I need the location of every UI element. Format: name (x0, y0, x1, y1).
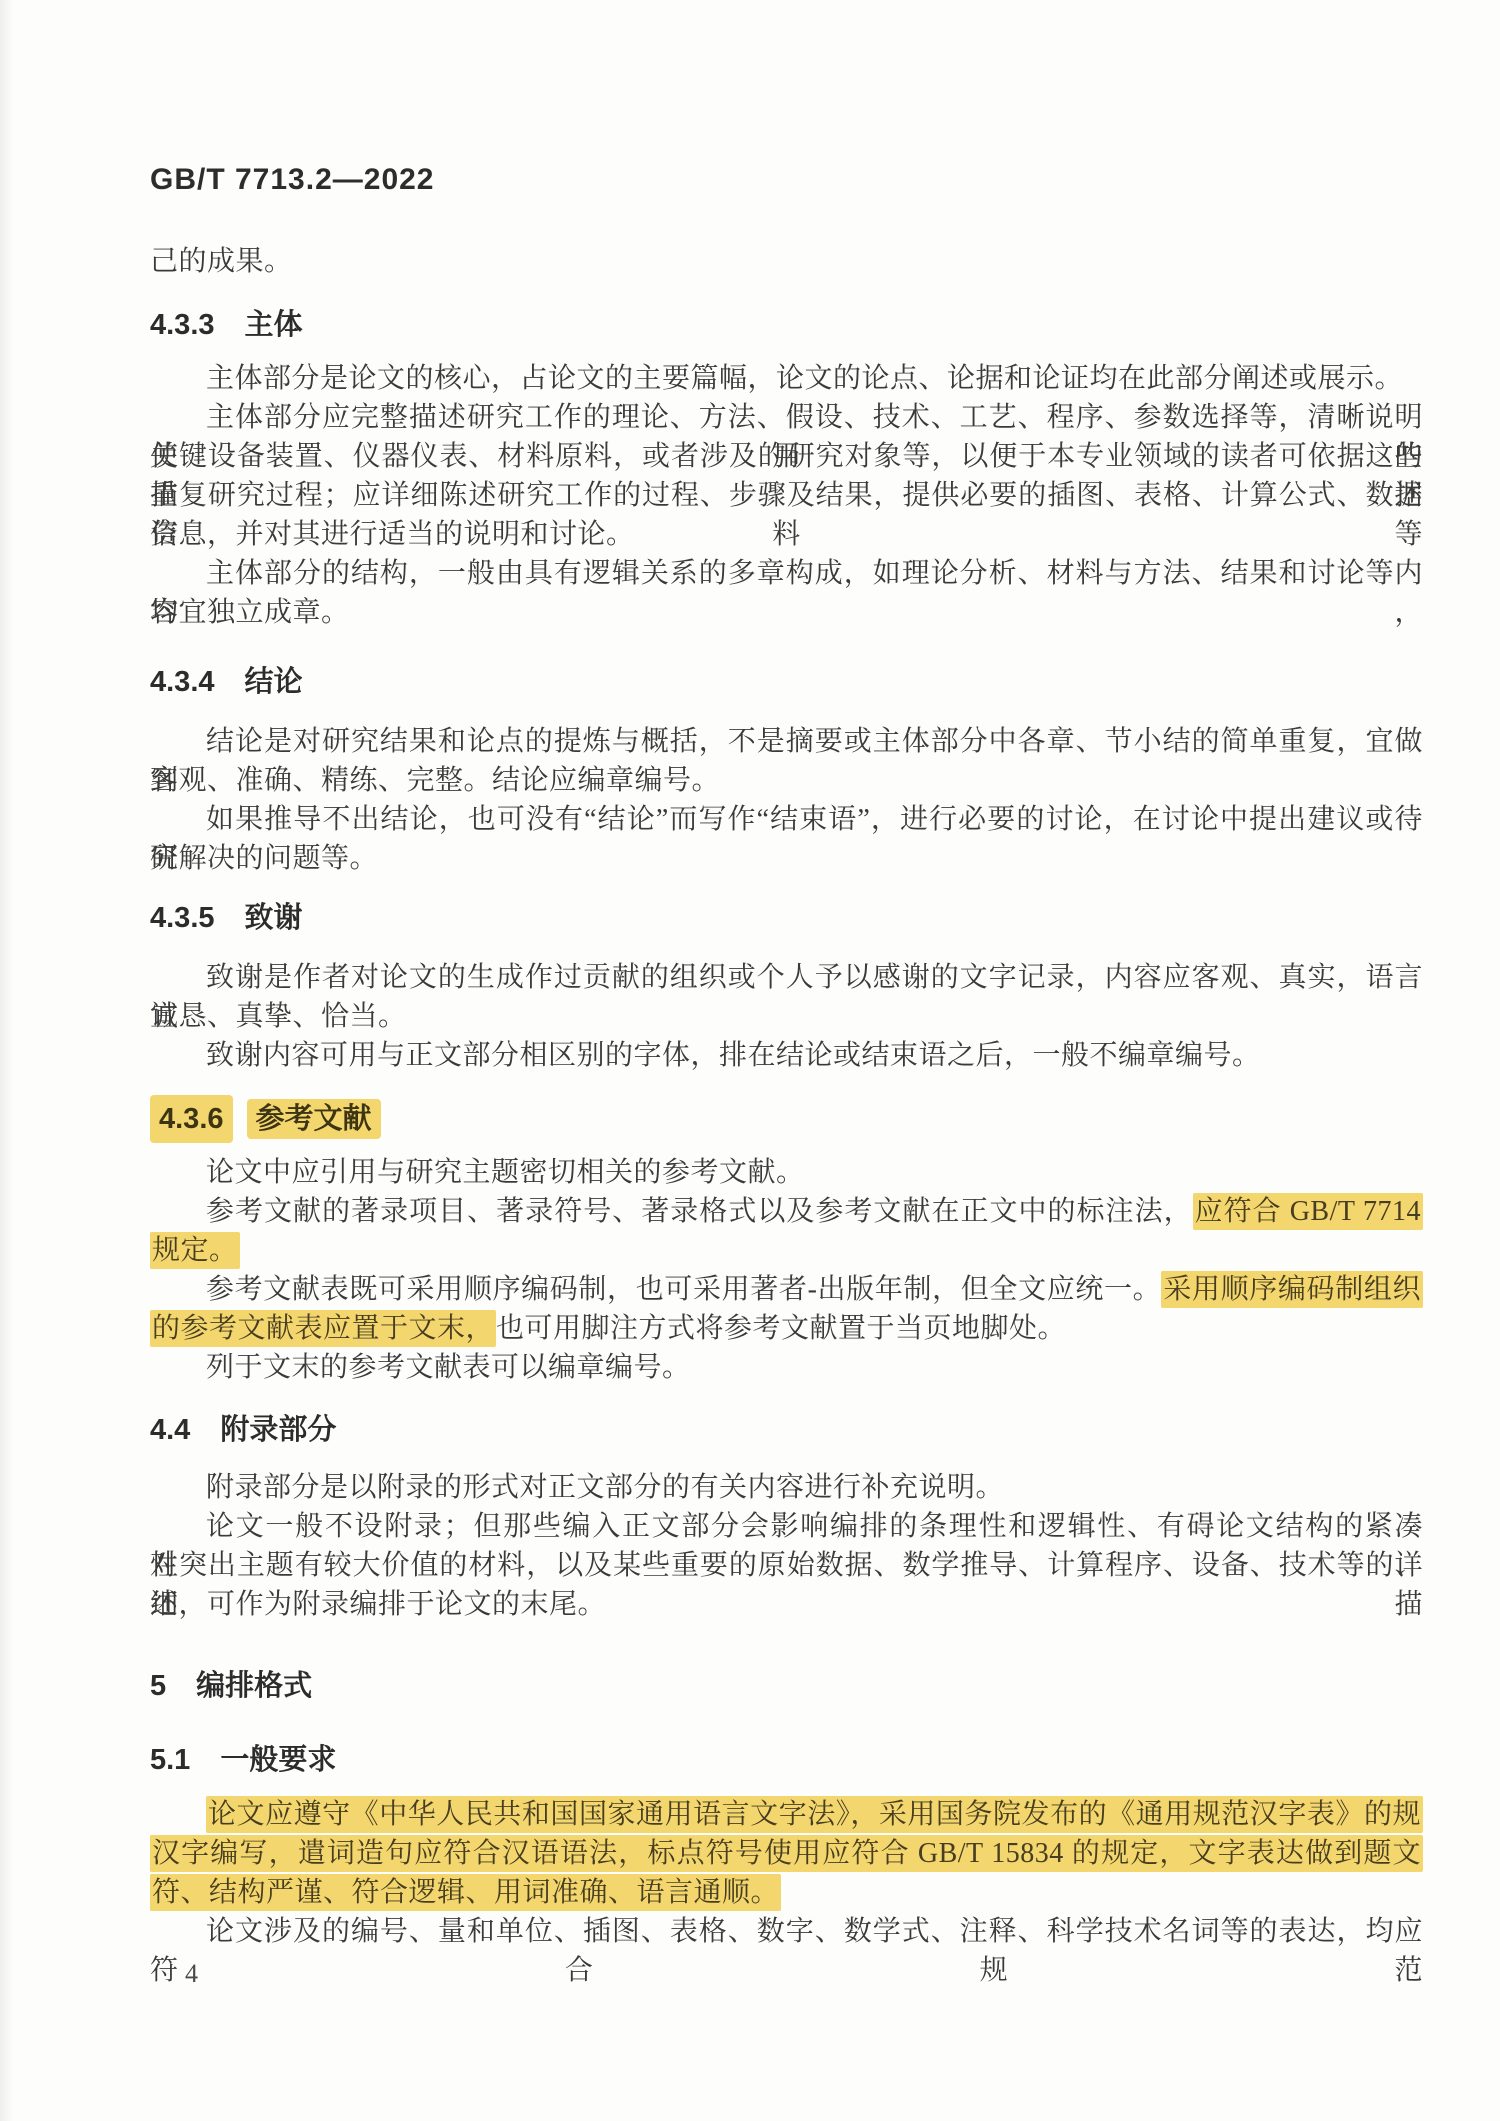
section-heading-4-3-3: 4.3.3主体 (150, 305, 1423, 345)
text-line: 客观、准确、精练、完整。结论应编章编号。 (150, 761, 1423, 800)
section-title-highlighted: 参考文献 (247, 1099, 381, 1139)
paragraph: 附录部分是以附录的形式对正文部分的有关内容进行补充说明。 (150, 1468, 1423, 1507)
section-number: 4.3.3 (150, 305, 215, 345)
section-title: 编排格式 (196, 1670, 312, 1702)
text-line: 符、结构严谨、符合逻辑、用词准确、语言通顺。 (150, 1873, 1423, 1912)
text-line: 论文应遵守《中华人民共和国国家通用语言文字法》，采用国务院发布的《通用规范汉字表… (150, 1795, 1423, 1834)
text-line: 如果推导不出结论，也可没有“结论”而写作“结束语”，进行必要的讨论，在讨论中提出… (150, 800, 1423, 839)
text-line: 主体部分是论文的核心，占论文的主要篇幅，论文的论点、论据和论证均在此部分阐述或展… (150, 359, 1423, 398)
text-line: 规定。 (150, 1231, 1423, 1270)
text-line: 论文一般不设附录；但那些编入正文部分会影响编排的条理性和逻辑性、有碍论文结构的紧… (150, 1507, 1423, 1546)
section-heading-4-3-4: 4.3.4结论 (150, 662, 1423, 702)
text-line: 究解决的问题等。 (150, 839, 1423, 878)
text-line: 论文涉及的编号、量和单位、插图、表格、数字、数学式、注释、科学技术名词等的表达，… (150, 1912, 1423, 1951)
section-title: 结论 (245, 666, 303, 698)
text-line: 对突出主题有较大价值的材料，以及某些重要的原始数据、数学推导、计算程序、设备、技… (150, 1546, 1423, 1585)
text-line: 汉字编写，遣词造句应符合汉语语法，标点符号使用应符合 GB/T 15834 的规… (150, 1834, 1423, 1873)
highlight: 规定。 (150, 1232, 240, 1269)
text-segment: 参考文献的著录项目、著录符号、著录格式以及参考文献在正文中的标注法， (206, 1196, 1193, 1227)
section-number: 4.4 (150, 1410, 190, 1450)
highlight: 采用顺序编码制组织 (1161, 1271, 1423, 1308)
paragraph: 致谢内容可用与正文部分相区别的字体，排在结论或结束语之后，一般不编章编号。 (150, 1036, 1423, 1075)
paragraph: 主体部分的结构，一般由具有逻辑关系的多章构成，如理论分析、材料与方法、结果和讨论… (150, 554, 1423, 632)
paragraph: 如果推导不出结论，也可没有“结论”而写作“结束语”，进行必要的讨论，在讨论中提出… (150, 800, 1423, 878)
section-title: 一般要求 (220, 1744, 336, 1776)
section-heading-4-3-5: 4.3.5致谢 (150, 898, 1423, 938)
paragraph: 论文中应引用与研究主题密切相关的参考文献。 (150, 1153, 1423, 1192)
text-line: 关键设备装置、仪器仪表、材料原料，或者涉及的研究对象等，以便于本专业领域的读者可… (150, 437, 1423, 476)
text-segment: 也可用脚注方式将参考文献置于当页地脚处。 (496, 1313, 1066, 1344)
paragraph: 论文一般不设附录；但那些编入正文部分会影响编排的条理性和逻辑性、有碍论文结构的紧… (150, 1507, 1423, 1624)
highlight: 的参考文献表应置于文末， (150, 1310, 496, 1347)
text-line: 结论是对研究结果和论点的提炼与概括，不是摘要或主体部分中各章、节小结的简单重复，… (150, 722, 1423, 761)
section-number: 5.1 (150, 1740, 190, 1780)
paragraph: 致谢是作者对论文的生成作过贡献的组织或个人予以感谢的文字记录，内容应客观、真实，… (150, 958, 1423, 1036)
text-line: 主体部分的结构，一般由具有逻辑关系的多章构成，如理论分析、材料与方法、结果和讨论… (150, 554, 1423, 593)
section-title: 附录部分 (220, 1414, 336, 1446)
paragraph-continuation: 己的成果。 (150, 242, 1423, 281)
section-number: 4.3.4 (150, 662, 215, 702)
section-heading-5: 5编排格式 (150, 1666, 1423, 1706)
text-line: 致谢是作者对论文的生成作过贡献的组织或个人予以感谢的文字记录，内容应客观、真实，… (150, 958, 1423, 997)
section-title: 主体 (245, 309, 303, 341)
text-line: 论文中应引用与研究主题密切相关的参考文献。 (150, 1153, 1423, 1192)
text-segment: 参考文献表既可采用顺序编码制，也可采用著者-出版年制，但全文应统一。 (206, 1274, 1161, 1305)
scanned-document-page: GB/T 7713.2—2022 己的成果。 4.3.3主体 主体部分是论文的核… (0, 0, 1500, 2121)
section-number-highlighted: 4.3.6 (150, 1095, 233, 1143)
section-number: 4.3.5 (150, 898, 215, 938)
paragraph: 论文涉及的编号、量和单位、插图、表格、数字、数学式、注释、科学技术名词等的表达，… (150, 1912, 1423, 1951)
paragraph: 结论是对研究结果和论点的提炼与概括，不是摘要或主体部分中各章、节小结的简单重复，… (150, 722, 1423, 800)
section-title: 致谢 (245, 902, 303, 934)
text-line: 列于文末的参考文献表可以编章编号。 (150, 1348, 1423, 1387)
paragraph: 参考文献表既可采用顺序编码制，也可采用著者-出版年制，但全文应统一。采用顺序编码… (150, 1270, 1423, 1348)
text-line: 致谢内容可用与正文部分相区别的字体，排在结论或结束语之后，一般不编章编号。 (150, 1036, 1423, 1075)
text-line: 己的成果。 (150, 242, 1423, 281)
text-line: 参考文献的著录项目、著录符号、著录格式以及参考文献在正文中的标注法，应符合 GB… (150, 1192, 1423, 1231)
paragraph: 主体部分是论文的核心，占论文的主要篇幅，论文的论点、论据和论证均在此部分阐述或展… (150, 359, 1423, 398)
section-heading-5-1: 5.1一般要求 (150, 1740, 1423, 1780)
section-heading-4-3-6: 4.3.6参考文献 (150, 1095, 1423, 1135)
section-heading-4-4: 4.4附录部分 (150, 1410, 1423, 1450)
paragraph: 参考文献的著录项目、著录符号、著录格式以及参考文献在正文中的标注法，应符合 GB… (150, 1192, 1423, 1270)
text-line: 附录部分是以附录的形式对正文部分的有关内容进行补充说明。 (150, 1468, 1423, 1507)
text-line: 重复研究过程；应详细陈述研究工作的过程、步骤及结果，提供必要的插图、表格、计算公… (150, 476, 1423, 515)
text-line: 主体部分应完整描述研究工作的理论、方法、假设、技术、工艺、程序、参数选择等，清晰… (150, 398, 1423, 437)
text-line: 参考文献表既可采用顺序编码制，也可采用著者-出版年制，但全文应统一。采用顺序编码… (150, 1270, 1423, 1309)
paragraph: 列于文末的参考文献表可以编章编号。 (150, 1348, 1423, 1387)
page-content: GB/T 7713.2—2022 己的成果。 4.3.3主体 主体部分是论文的核… (150, 0, 1423, 1992)
paragraph-highlighted: 论文应遵守《中华人民共和国国家通用语言文字法》，采用国务院发布的《通用规范汉字表… (150, 1795, 1423, 1912)
text-line: 诚恳、真挚、恰当。 (150, 997, 1423, 1036)
text-line: 的参考文献表应置于文末，也可用脚注方式将参考文献置于当页地脚处。 (150, 1309, 1423, 1348)
highlight: 符、结构严谨、符合逻辑、用词准确、语言通顺。 (150, 1874, 781, 1911)
section-number: 5 (150, 1666, 166, 1706)
paragraph: 主体部分应完整描述研究工作的理论、方法、假设、技术、工艺、程序、参数选择等，清晰… (150, 398, 1423, 554)
running-header: GB/T 7713.2—2022 (150, 160, 1423, 200)
